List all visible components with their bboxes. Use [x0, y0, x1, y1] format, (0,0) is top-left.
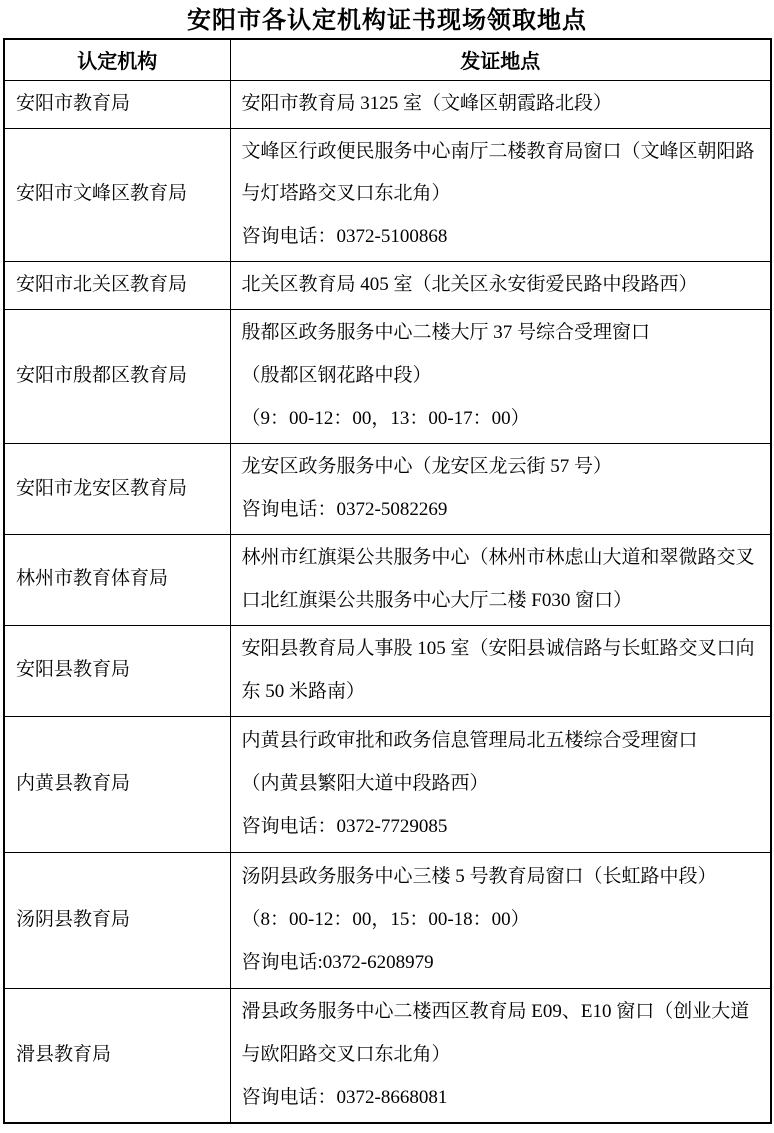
location-cell: 内黄县行政审批和政务信息管理局北五楼综合受理窗口 （内黄县繁阳大道中段路西） 咨… [230, 716, 771, 852]
location-line: （内黄县繁阳大道中段路西） [242, 763, 763, 806]
location-cell: 汤阴县政务服务中心三楼 5 号教育局窗口（长虹路中段） （8：00-12：00，… [230, 852, 771, 988]
agency-cell: 安阳市殷都区教育局 [4, 310, 230, 444]
agency-cell: 安阳市教育局 [4, 80, 230, 128]
table-row: 安阳市教育局 安阳市教育局 3125 室（文峰区朝霞路北段） [4, 80, 771, 128]
header-location: 发证地点 [230, 39, 771, 80]
location-line: 咨询电话：0372-8668081 [242, 1077, 763, 1120]
document-page: 安阳市各认定机构证书现场领取地点 认定机构 发证地点 安阳市教育局 安阳市教育局… [0, 0, 774, 1133]
pickup-locations-table: 认定机构 发证地点 安阳市教育局 安阳市教育局 3125 室（文峰区朝霞路北段）… [3, 38, 772, 1124]
table-header-row: 认定机构 发证地点 [4, 39, 771, 80]
agency-cell: 安阳县教育局 [4, 625, 230, 716]
location-line: 咨询电话：0372-7729085 [242, 806, 763, 849]
document-title: 安阳市各认定机构证书现场领取地点 [0, 0, 774, 38]
table-row: 汤阴县教育局 汤阴县政务服务中心三楼 5 号教育局窗口（长虹路中段） （8：00… [4, 852, 771, 988]
table-row: 安阳县教育局 安阳县教育局人事股 105 室（安阳县诚信路与长虹路交叉口向东 5… [4, 625, 771, 716]
agency-cell: 安阳市龙安区教育局 [4, 444, 230, 535]
table-row: 安阳市文峰区教育局 文峰区行政便民服务中心南厅二楼教育局窗口（文峰区朝阳路与灯塔… [4, 128, 771, 262]
agency-cell: 安阳市文峰区教育局 [4, 128, 230, 262]
location-cell: 安阳市教育局 3125 室（文峰区朝霞路北段） [230, 80, 771, 128]
location-line: （殷都区钢花路中段） [242, 355, 763, 398]
header-agency: 认定机构 [4, 39, 230, 80]
location-line: 咨询电话：0372-5100868 [242, 216, 763, 259]
location-cell: 殷都区政务服务中心二楼大厅 37 号综合受理窗口 （殷都区钢花路中段） （9：0… [230, 310, 771, 444]
table-row: 林州市教育体育局 林州市红旗渠公共服务中心（林州市林虑山大道和翠微路交叉口北红旗… [4, 534, 771, 625]
agency-cell: 林州市教育体育局 [4, 534, 230, 625]
location-line: 咨询电话：0372-5082269 [242, 489, 763, 532]
table-row: 安阳市北关区教育局 北关区教育局 405 室（北关区永安街爱民路中段路西） [4, 262, 771, 310]
location-line: 北关区教育局 405 室（北关区永安街爱民路中段路西） [242, 264, 763, 307]
location-cell: 林州市红旗渠公共服务中心（林州市林虑山大道和翠微路交叉口北红旗渠公共服务中心大厅… [230, 534, 771, 625]
location-line: 安阳县教育局人事股 105 室（安阳县诚信路与长虹路交叉口向东 50 米路南） [242, 628, 763, 714]
table-row: 安阳市殷都区教育局 殷都区政务服务中心二楼大厅 37 号综合受理窗口 （殷都区钢… [4, 310, 771, 444]
location-line: 内黄县行政审批和政务信息管理局北五楼综合受理窗口 [242, 720, 763, 763]
location-line: 咨询电话:0372-6208979 [242, 942, 763, 985]
location-line: 龙安区政务服务中心（龙安区龙云街 57 号） [242, 446, 763, 489]
agency-cell: 安阳市北关区教育局 [4, 262, 230, 310]
location-line: （9：00-12：00，13：00-17：00） [242, 398, 763, 441]
table-row: 滑县教育局 滑县政务服务中心二楼西区教育局 E09、E10 窗口（创业大道与欧阳… [4, 988, 771, 1122]
location-cell: 安阳县教育局人事股 105 室（安阳县诚信路与长虹路交叉口向东 50 米路南） [230, 625, 771, 716]
table-row: 内黄县教育局 内黄县行政审批和政务信息管理局北五楼综合受理窗口 （内黄县繁阳大道… [4, 716, 771, 852]
location-line: 安阳市教育局 3125 室（文峰区朝霞路北段） [242, 83, 763, 126]
location-cell: 滑县政务服务中心二楼西区教育局 E09、E10 窗口（创业大道与欧阳路交叉口东北… [230, 988, 771, 1122]
agency-cell: 内黄县教育局 [4, 716, 230, 852]
location-line: 汤阴县政务服务中心三楼 5 号教育局窗口（长虹路中段） [242, 856, 763, 899]
location-line: 林州市红旗渠公共服务中心（林州市林虑山大道和翠微路交叉口北红旗渠公共服务中心大厅… [242, 537, 763, 623]
location-line: 滑县政务服务中心二楼西区教育局 E09、E10 窗口（创业大道与欧阳路交叉口东北… [242, 991, 763, 1077]
table-row: 安阳市龙安区教育局 龙安区政务服务中心（龙安区龙云街 57 号） 咨询电话：03… [4, 444, 771, 535]
location-line: （8：00-12：00，15：00-18：00） [242, 899, 763, 942]
location-line: 文峰区行政便民服务中心南厅二楼教育局窗口（文峰区朝阳路与灯塔路交叉口东北角） [242, 131, 763, 217]
location-line: 殷都区政务服务中心二楼大厅 37 号综合受理窗口 [242, 312, 763, 355]
location-cell: 文峰区行政便民服务中心南厅二楼教育局窗口（文峰区朝阳路与灯塔路交叉口东北角） 咨… [230, 128, 771, 262]
location-cell: 北关区教育局 405 室（北关区永安街爱民路中段路西） [230, 262, 771, 310]
location-cell: 龙安区政务服务中心（龙安区龙云街 57 号） 咨询电话：0372-5082269 [230, 444, 771, 535]
agency-cell: 汤阴县教育局 [4, 852, 230, 988]
agency-cell: 滑县教育局 [4, 988, 230, 1122]
